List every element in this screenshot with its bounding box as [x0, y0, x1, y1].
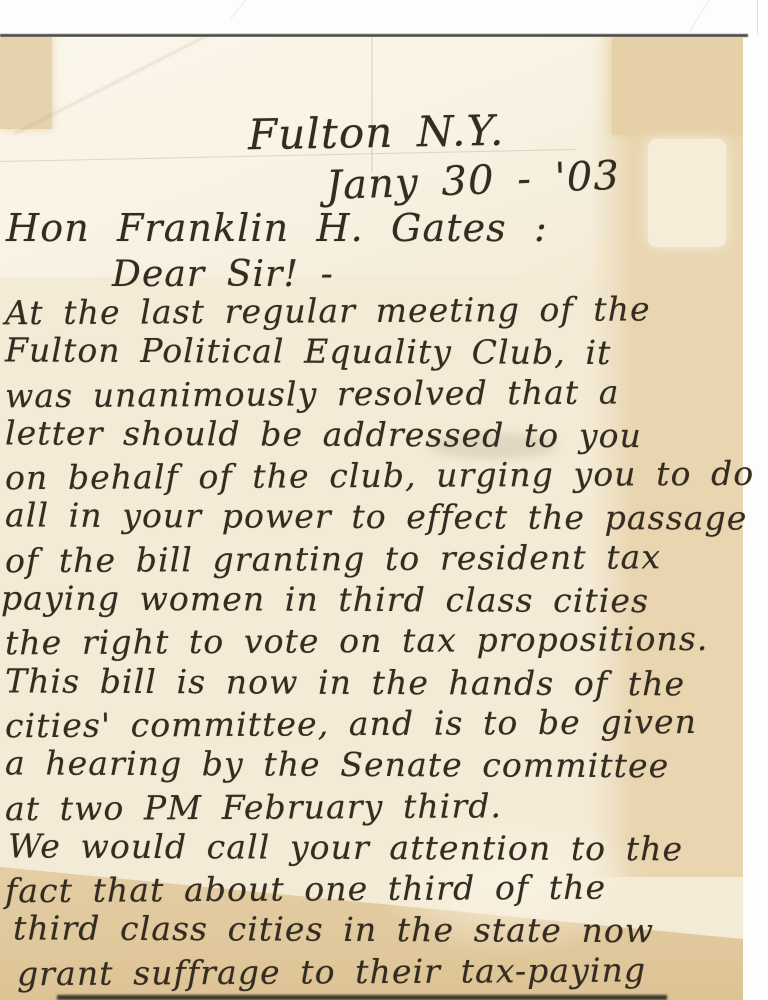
- scan-scratch: [757, 0, 758, 34]
- body-line-2: Fulton Political Equality Club, it: [5, 331, 750, 376]
- letter-salutation-line: Dear Sir! -: [112, 254, 334, 295]
- body-line-10: This bill is now in the hands of the: [5, 661, 750, 706]
- body-line-3: was unanimously resolved that a: [5, 371, 750, 417]
- letter-photo: Fulton N.Y. Jany 30 - '03 Hon Franklin H…: [0, 0, 768, 1000]
- paper-stain-top-right: [612, 37, 743, 135]
- paper-light-patch-top-right: [648, 139, 726, 247]
- body-line-11: cities' committee, and is to be given: [5, 702, 750, 748]
- body-line-15: fact that about one third of the: [5, 867, 750, 913]
- body-line-17: grant suffrage to their tax-paying: [17, 950, 750, 996]
- scan-scratch: [689, 0, 711, 31]
- body-line-12: a hearing by the Senate committee: [5, 744, 750, 789]
- body-line-1: At the last regular meeting of the: [5, 289, 750, 335]
- body-line-8: paying women in third class cities: [1, 578, 750, 623]
- body-line-14: We would call your attention to the: [8, 826, 750, 871]
- body-line-5: on behalf of the club, urging you to do: [5, 454, 750, 500]
- photo-bottom-edge-shadow: [57, 995, 667, 1000]
- body-line-6: all in your power to effect the passage: [5, 496, 750, 541]
- body-line-7: of the bill granting to resident tax: [5, 537, 750, 583]
- letter-place-line: Fulton N.Y.: [248, 106, 505, 159]
- letter-body: At the last regular meeting of the Fulto…: [5, 291, 750, 993]
- letter-recipient-line: Hon Franklin H. Gates :: [6, 206, 548, 250]
- body-line-9: the right to vote on tax propositions.: [5, 619, 750, 665]
- body-line-16: third class cities in the state now: [13, 909, 750, 954]
- body-line-13: at two PM February third.: [5, 784, 750, 830]
- paper-stain-top-left: [0, 37, 52, 129]
- body-line-4: letter should be addressed to you: [5, 413, 750, 458]
- scan-scratch: [230, 0, 247, 20]
